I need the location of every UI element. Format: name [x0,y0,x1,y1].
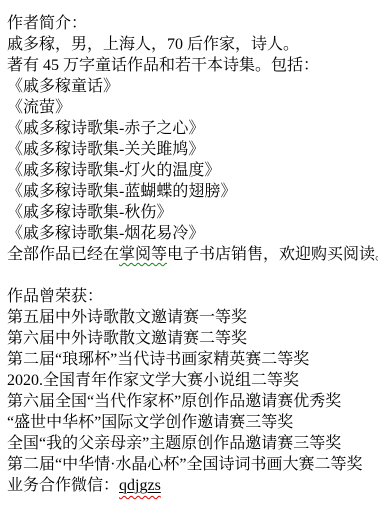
spell-flagged-text: qdjgzs [119,477,161,494]
award-item: “盛世中华杯”国际文学创作邀请赛三等奖 [7,412,374,433]
works-note-line: 著有 45 万字童话作品和若干本诗集。包括： [7,55,374,76]
sales-note-line: 全部作品已经在掌阅等电子书店销售，欢迎购买阅读。 [7,244,374,265]
award-item: 2020.全国青年作家文学大赛小说组二等奖 [7,370,374,391]
work-title: 《戚多稼诗歌集-关关雎鸠》 [7,139,374,160]
award-item: 全国“我的父亲母亲”主题原创作品邀请赛三等奖 [7,433,374,454]
work-title: 《戚多稼童话》 [7,76,374,97]
work-title: 《戚多稼诗歌集-秋伤》 [7,202,374,223]
sales-note-suffix: 电子书店销售，欢迎购买阅读。 [167,246,378,263]
award-item: 第六届全国“当代作家杯”原创作品邀请赛优秀奖 [7,391,374,412]
award-item: 第五届中外诗歌散文邀请赛一等奖 [7,307,374,328]
work-title: 《戚多稼诗歌集-赤子之心》 [7,118,374,139]
blank-line [7,265,374,286]
work-title: 《戚多稼诗歌集-蓝蝴蝶的翅膀》 [7,181,374,202]
sales-note-prefix: 全部作品已经在 [7,246,119,263]
award-item: 第二届“琅琊杯”当代诗书画家精英赛二等奖 [7,349,374,370]
contact-prefix: 业务合作微信： [7,477,119,494]
contact-line: 业务合作微信：qdjgzs [7,475,374,496]
work-title: 《戚多稼诗歌集-灯火的温度》 [7,160,374,181]
award-item: 第二届“中华情·水晶心杯”全国诗词书画大赛二等奖 [7,454,374,475]
grammar-flagged-text: 掌阅等 [119,246,167,263]
wechat-id: qdjgzs [119,477,161,494]
document-page: 作者简介： 戚多稼，男，上海人，70 后作家，诗人。 著有 45 万字童话作品和… [0,0,378,496]
work-title: 《戚多稼诗歌集-烟花易冷》 [7,223,374,244]
award-item: 第六届中外诗歌散文邀请赛二等奖 [7,328,374,349]
author-bio-line: 戚多稼，男，上海人，70 后作家，诗人。 [7,34,374,55]
awards-heading: 作品曾荣获： [7,286,374,307]
author-intro-heading: 作者简介： [7,13,374,34]
work-title: 《流萤》 [7,97,374,118]
